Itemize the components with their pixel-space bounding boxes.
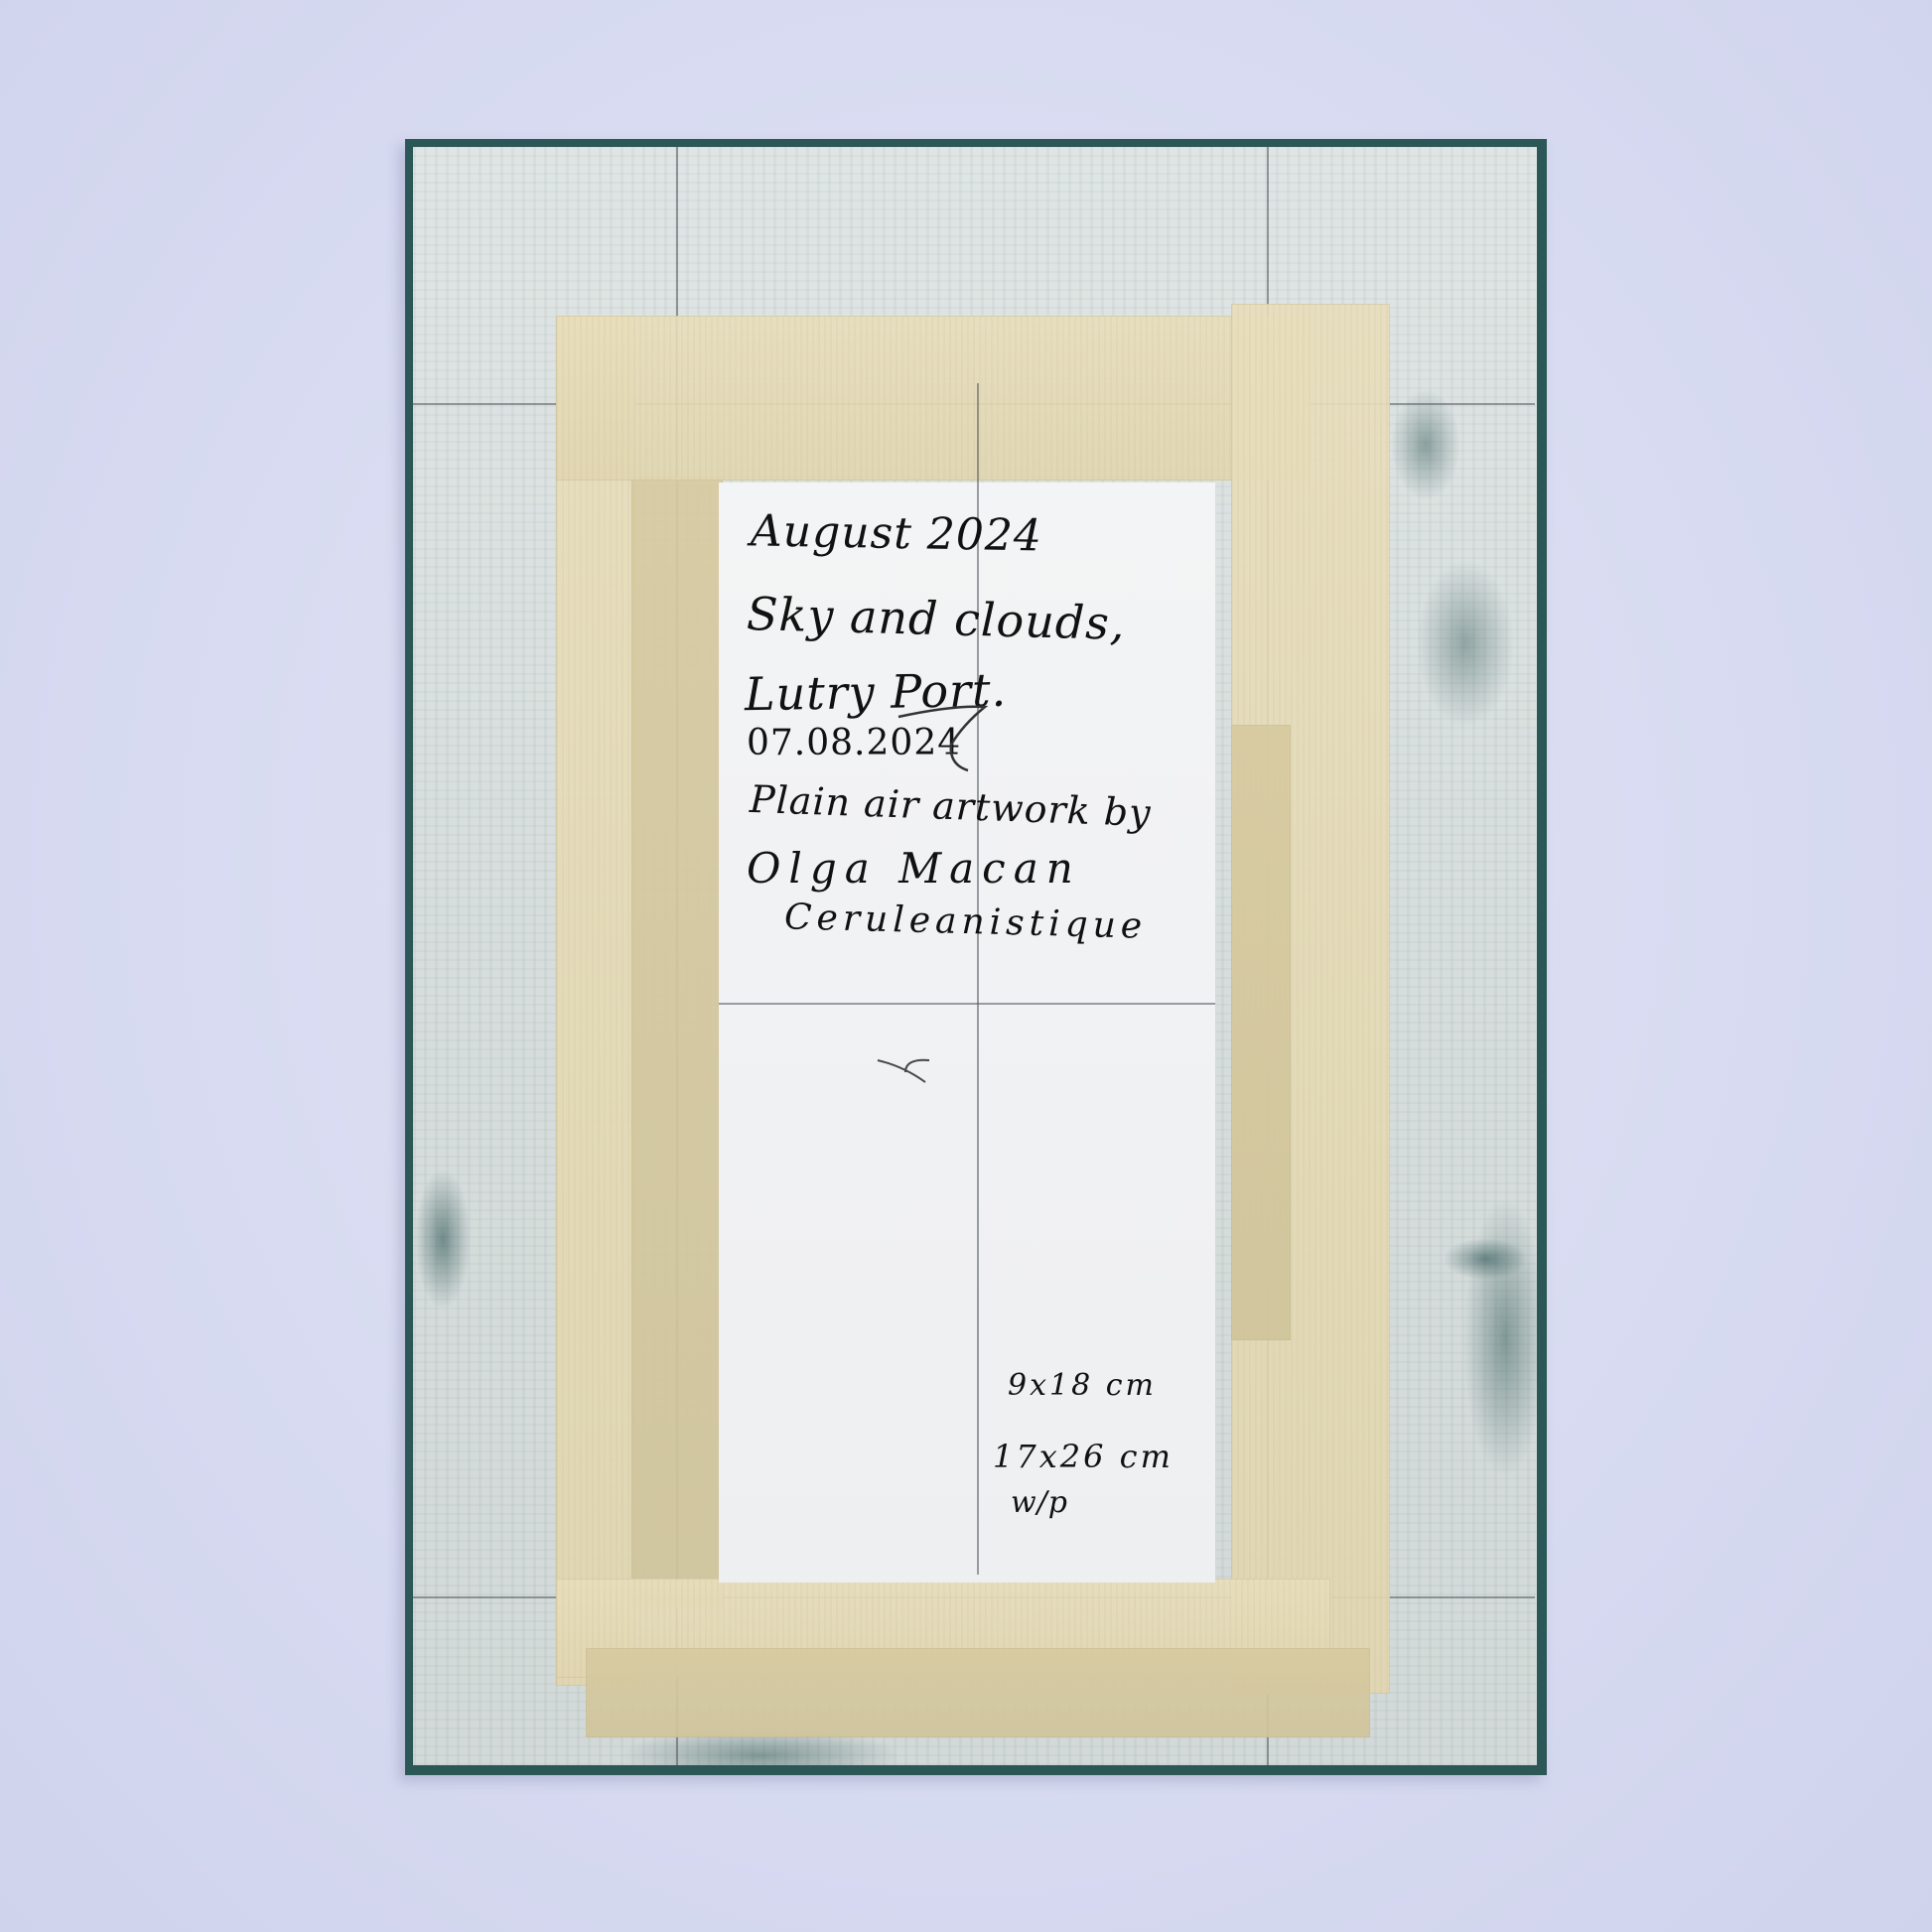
signature-flourish-icon	[894, 695, 1013, 774]
tape-right-inner	[1231, 725, 1291, 1340]
tape-bottom-outer	[586, 1648, 1370, 1737]
pencil-tick-mark-icon	[874, 1052, 953, 1092]
pencil-guide-line	[977, 383, 979, 1575]
tape-top	[556, 316, 1311, 481]
artwork-label-paper	[719, 483, 1215, 1583]
label-title: Sky and clouds,	[746, 587, 1126, 650]
label-month-year: August 2024	[751, 505, 1043, 561]
tape-left-outer	[556, 316, 635, 1686]
label-image-size: 9x18 cm	[1008, 1368, 1157, 1403]
label-medium: w/p	[1011, 1485, 1068, 1520]
label-artist-name: Olga Macan	[747, 844, 1081, 893]
label-mount-size: 17x26 cm	[993, 1438, 1173, 1475]
tape-left-inner	[631, 477, 723, 1608]
pencil-guide-line	[719, 1003, 1215, 1005]
